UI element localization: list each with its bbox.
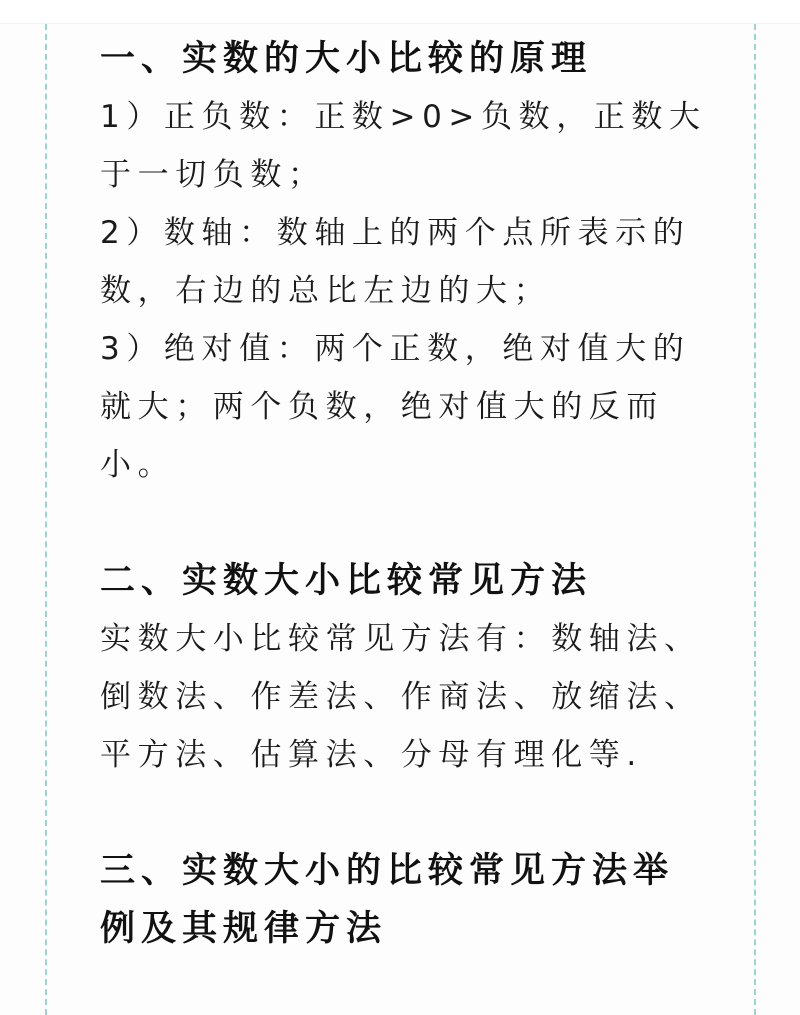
dashed-border-left [45, 24, 47, 1015]
section-2-para-1: 实数大小比较常见方法有：数轴法、倒数法、作差法、作商法、放缩法、平方法、估算法、… [100, 610, 710, 784]
section-2-heading: 二、实数大小比较常见方法 [100, 552, 710, 610]
top-band [0, 0, 800, 24]
dashed-border-right [754, 24, 756, 1015]
section-spacer [100, 784, 710, 842]
section-3-heading: 三、实数大小的比较常见方法举例及其规律方法 [100, 842, 710, 958]
section-1-para-1: 1）正负数：正数>0>负数，正数大于一切负数； [100, 88, 710, 204]
section-1-heading: 一、实数的大小比较的原理 [100, 30, 710, 88]
section-1-para-3: 3）绝对值：两个正数，绝对值大的就大；两个负数，绝对值大的反而小。 [100, 320, 710, 494]
section-1-para-2: 2）数轴：数轴上的两个点所表示的数，右边的总比左边的大； [100, 204, 710, 320]
article-content: 一、实数的大小比较的原理 1）正负数：正数>0>负数，正数大于一切负数； 2）数… [100, 30, 710, 958]
section-spacer [100, 494, 710, 552]
